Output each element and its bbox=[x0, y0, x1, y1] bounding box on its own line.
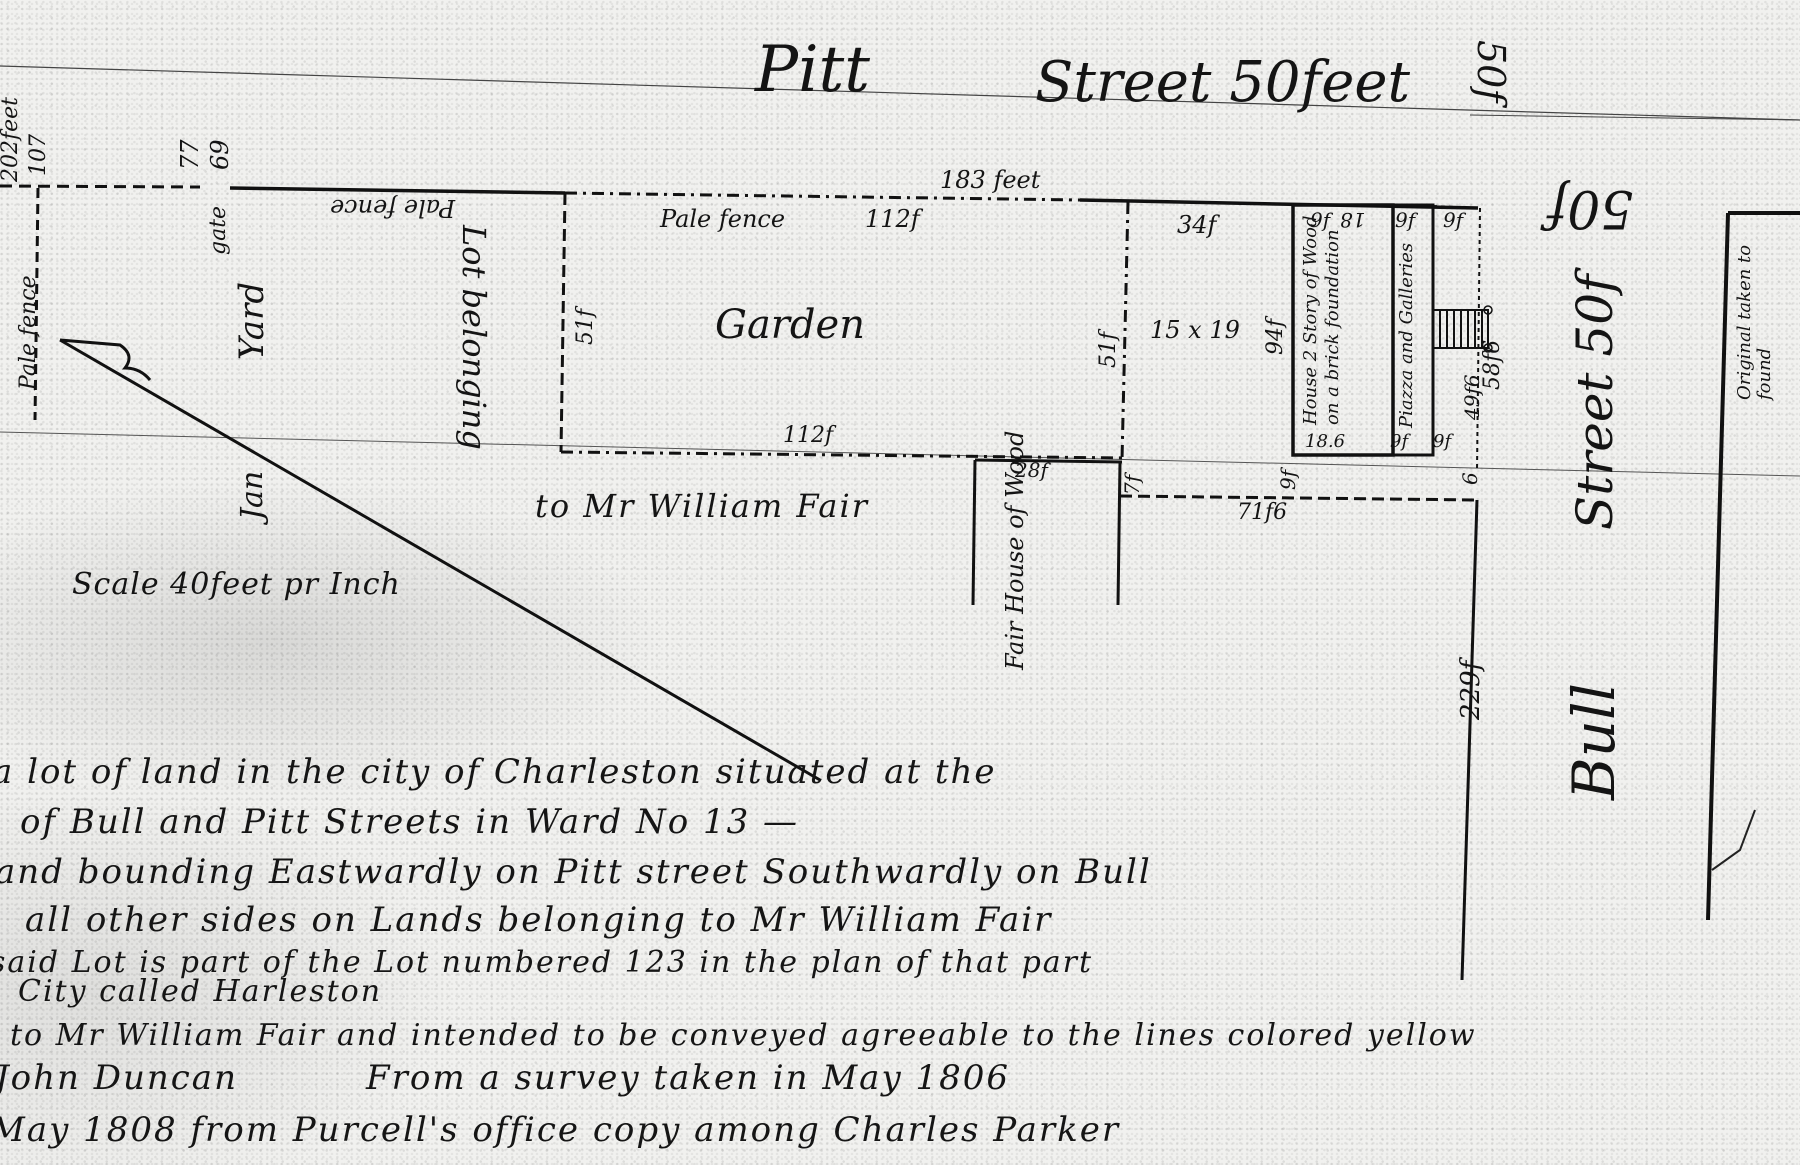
label-yard: Yard bbox=[235, 282, 269, 360]
rule-line bbox=[0, 66, 1800, 120]
dim-lower-long: 71f6 bbox=[1237, 502, 1287, 524]
dim-lower-right-b: 6 bbox=[1460, 472, 1480, 485]
label-house: House 2 Story of Wood on a brick foundat… bbox=[1300, 215, 1343, 425]
dim-piazza-top: 9f bbox=[1395, 210, 1415, 230]
adjacent-lot-left bbox=[1708, 213, 1728, 920]
kitchen-top bbox=[975, 460, 1122, 462]
scale-note: Scale 40feet pr Inch bbox=[72, 570, 401, 600]
dim-garden-left: 51f bbox=[575, 309, 597, 345]
dim-kitchen-size: 15 x 19 bbox=[1150, 318, 1240, 342]
label-pale-fence-garden: Pale fence bbox=[660, 207, 785, 231]
dim-right-margin-top: 9f bbox=[1443, 210, 1463, 230]
dim-right-margin-bottom: 9f bbox=[1433, 433, 1451, 451]
deed-line: of Bull and Pitt Streets in Ward No 13 — bbox=[20, 802, 799, 842]
scale-diagonal-line bbox=[60, 340, 820, 780]
gate-mark-69: 69 bbox=[208, 139, 232, 170]
dim-garden-right: 51f bbox=[1098, 332, 1120, 368]
label-lot-belonging: Lot belonging bbox=[458, 225, 490, 450]
street-label-pitt: Street 50feet bbox=[1035, 55, 1410, 111]
label-original-note: Original taken to found bbox=[1735, 230, 1775, 400]
deed-line: May 1808 from Purcell's office copy amon… bbox=[0, 1110, 1120, 1150]
label-yard-fragment: Jan bbox=[238, 471, 268, 520]
garden-left-line bbox=[561, 193, 565, 452]
dim-garden-bottom: 112f bbox=[783, 425, 833, 447]
gate-mark-77: 77 bbox=[178, 139, 202, 170]
east-boundary bbox=[1462, 500, 1477, 980]
street-name-bull: Bull bbox=[1565, 683, 1623, 800]
dim-lower-mid: 7f bbox=[1122, 475, 1142, 495]
dim-lot-east: 229f bbox=[1458, 661, 1484, 720]
label-pale-fence-left: Pale fence bbox=[18, 275, 40, 390]
dim-lower-right-a: 9f bbox=[1278, 470, 1298, 490]
street-name-pitt: Pitt bbox=[755, 38, 870, 102]
deed-line: City called Harleston bbox=[18, 974, 382, 1009]
pitt-width-note: 50f bbox=[1472, 40, 1510, 102]
pale-fence-line bbox=[230, 188, 565, 193]
deed-line: John Duncan From a survey taken in May 1… bbox=[0, 1058, 1010, 1098]
label-garden: Garden bbox=[715, 305, 865, 345]
adjacent-lot-mark bbox=[1712, 810, 1755, 870]
deed-line: a lot of land in the city of Charleston … bbox=[0, 752, 997, 792]
deed-line: all other sides on Lands belonging to Mr… bbox=[25, 900, 1052, 940]
street-label-bull: Street 50f bbox=[1570, 274, 1620, 530]
deed-line: to Mr William Fair and intended to be co… bbox=[10, 1018, 1477, 1053]
gate-mark-107: 107 bbox=[28, 134, 50, 176]
dim-right-side-a: 49f6 bbox=[1462, 374, 1482, 420]
north-arrow-icon bbox=[60, 340, 150, 380]
dim-house-top-right: 18 bbox=[1340, 210, 1365, 230]
dim-top-left-offset: 202feet bbox=[0, 97, 22, 182]
rule-line bbox=[0, 432, 1800, 476]
label-gate: gate bbox=[208, 206, 230, 255]
dim-yard-top: 34f bbox=[1177, 213, 1216, 237]
bull-width-note: 50f bbox=[1548, 182, 1633, 234]
garden-fence-line bbox=[565, 193, 1080, 200]
deed-line: and bounding Eastwardly on Pitt street S… bbox=[0, 852, 1152, 892]
label-kitchen-house: Fair House of Wood bbox=[1003, 431, 1027, 670]
label-to-owner: to Mr William Fair bbox=[535, 490, 869, 522]
dim-house-depth: 94f bbox=[1265, 319, 1287, 355]
lot-line-top-left bbox=[0, 186, 200, 187]
label-piazza: Piazza and Galleries bbox=[1398, 243, 1416, 428]
dim-right-side-b: 58f6 bbox=[1482, 340, 1504, 390]
dim-house-bottom: 18.6 bbox=[1305, 433, 1345, 451]
label-pale-fence-top: Pale fence bbox=[330, 196, 455, 220]
right-margin-dotted bbox=[1477, 208, 1480, 470]
dim-top-total: 183 feet bbox=[940, 168, 1040, 192]
kitchen-left bbox=[973, 460, 975, 605]
garden-right-line bbox=[1122, 202, 1128, 460]
dim-piazza-bottom: 9f bbox=[1390, 433, 1408, 451]
rule-line bbox=[1470, 115, 1800, 120]
lower-boundary bbox=[1120, 496, 1478, 500]
dim-garden-top: 112f bbox=[865, 207, 920, 231]
